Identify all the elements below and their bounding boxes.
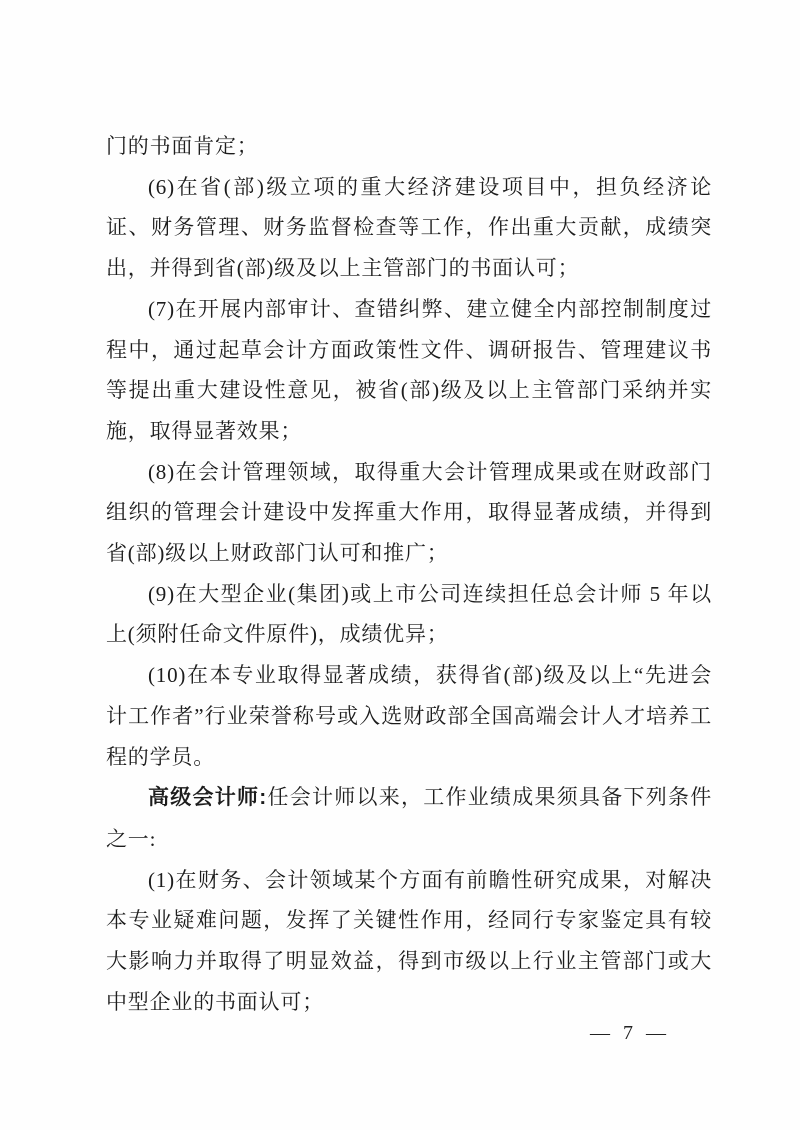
paragraph: 高级会计师:任会计师以来，工作业绩成果须具备下列条件之一: [106,777,712,859]
paragraph: (6)在省(部)级立项的重大经济建设项目中，担负经济论证、财务管理、财务监督检查… [106,167,712,289]
paragraph: (9)在大型企业(集团)或上市公司连续担任总会计师 5 年以上(须附任命文件原件… [106,574,712,655]
document-page: 门的书面肯定；(6)在省(部)级立项的重大经济建设项目中，担负经济论证、财务管理… [0,0,800,1130]
document-body: 门的书面肯定；(6)在省(部)级立项的重大经济建设项目中，担负经济论证、财务管理… [106,126,712,1022]
paragraph: (7)在开展内部审计、查错纠弊、建立健全内部控制制度过程中，通过起草会计方面政策… [106,289,712,452]
paragraph: 门的书面肯定； [106,126,712,167]
paragraph-bold-lead: 高级会计师: [148,786,267,809]
page-number: — 7 — [590,1022,670,1045]
paragraph: (10)在本专业取得显著成绩，获得省(部)级及以上“先进会计工作者”行业荣誉称号… [106,655,712,777]
paragraph: (8)在会计管理领域，取得重大会计管理成果或在财政部门组织的管理会计建设中发挥重… [106,452,712,574]
paragraph: (1)在财务、会计领域某个方面有前瞻性研究成果，对解决本专业疑难问题，发挥了关键… [106,860,712,1023]
